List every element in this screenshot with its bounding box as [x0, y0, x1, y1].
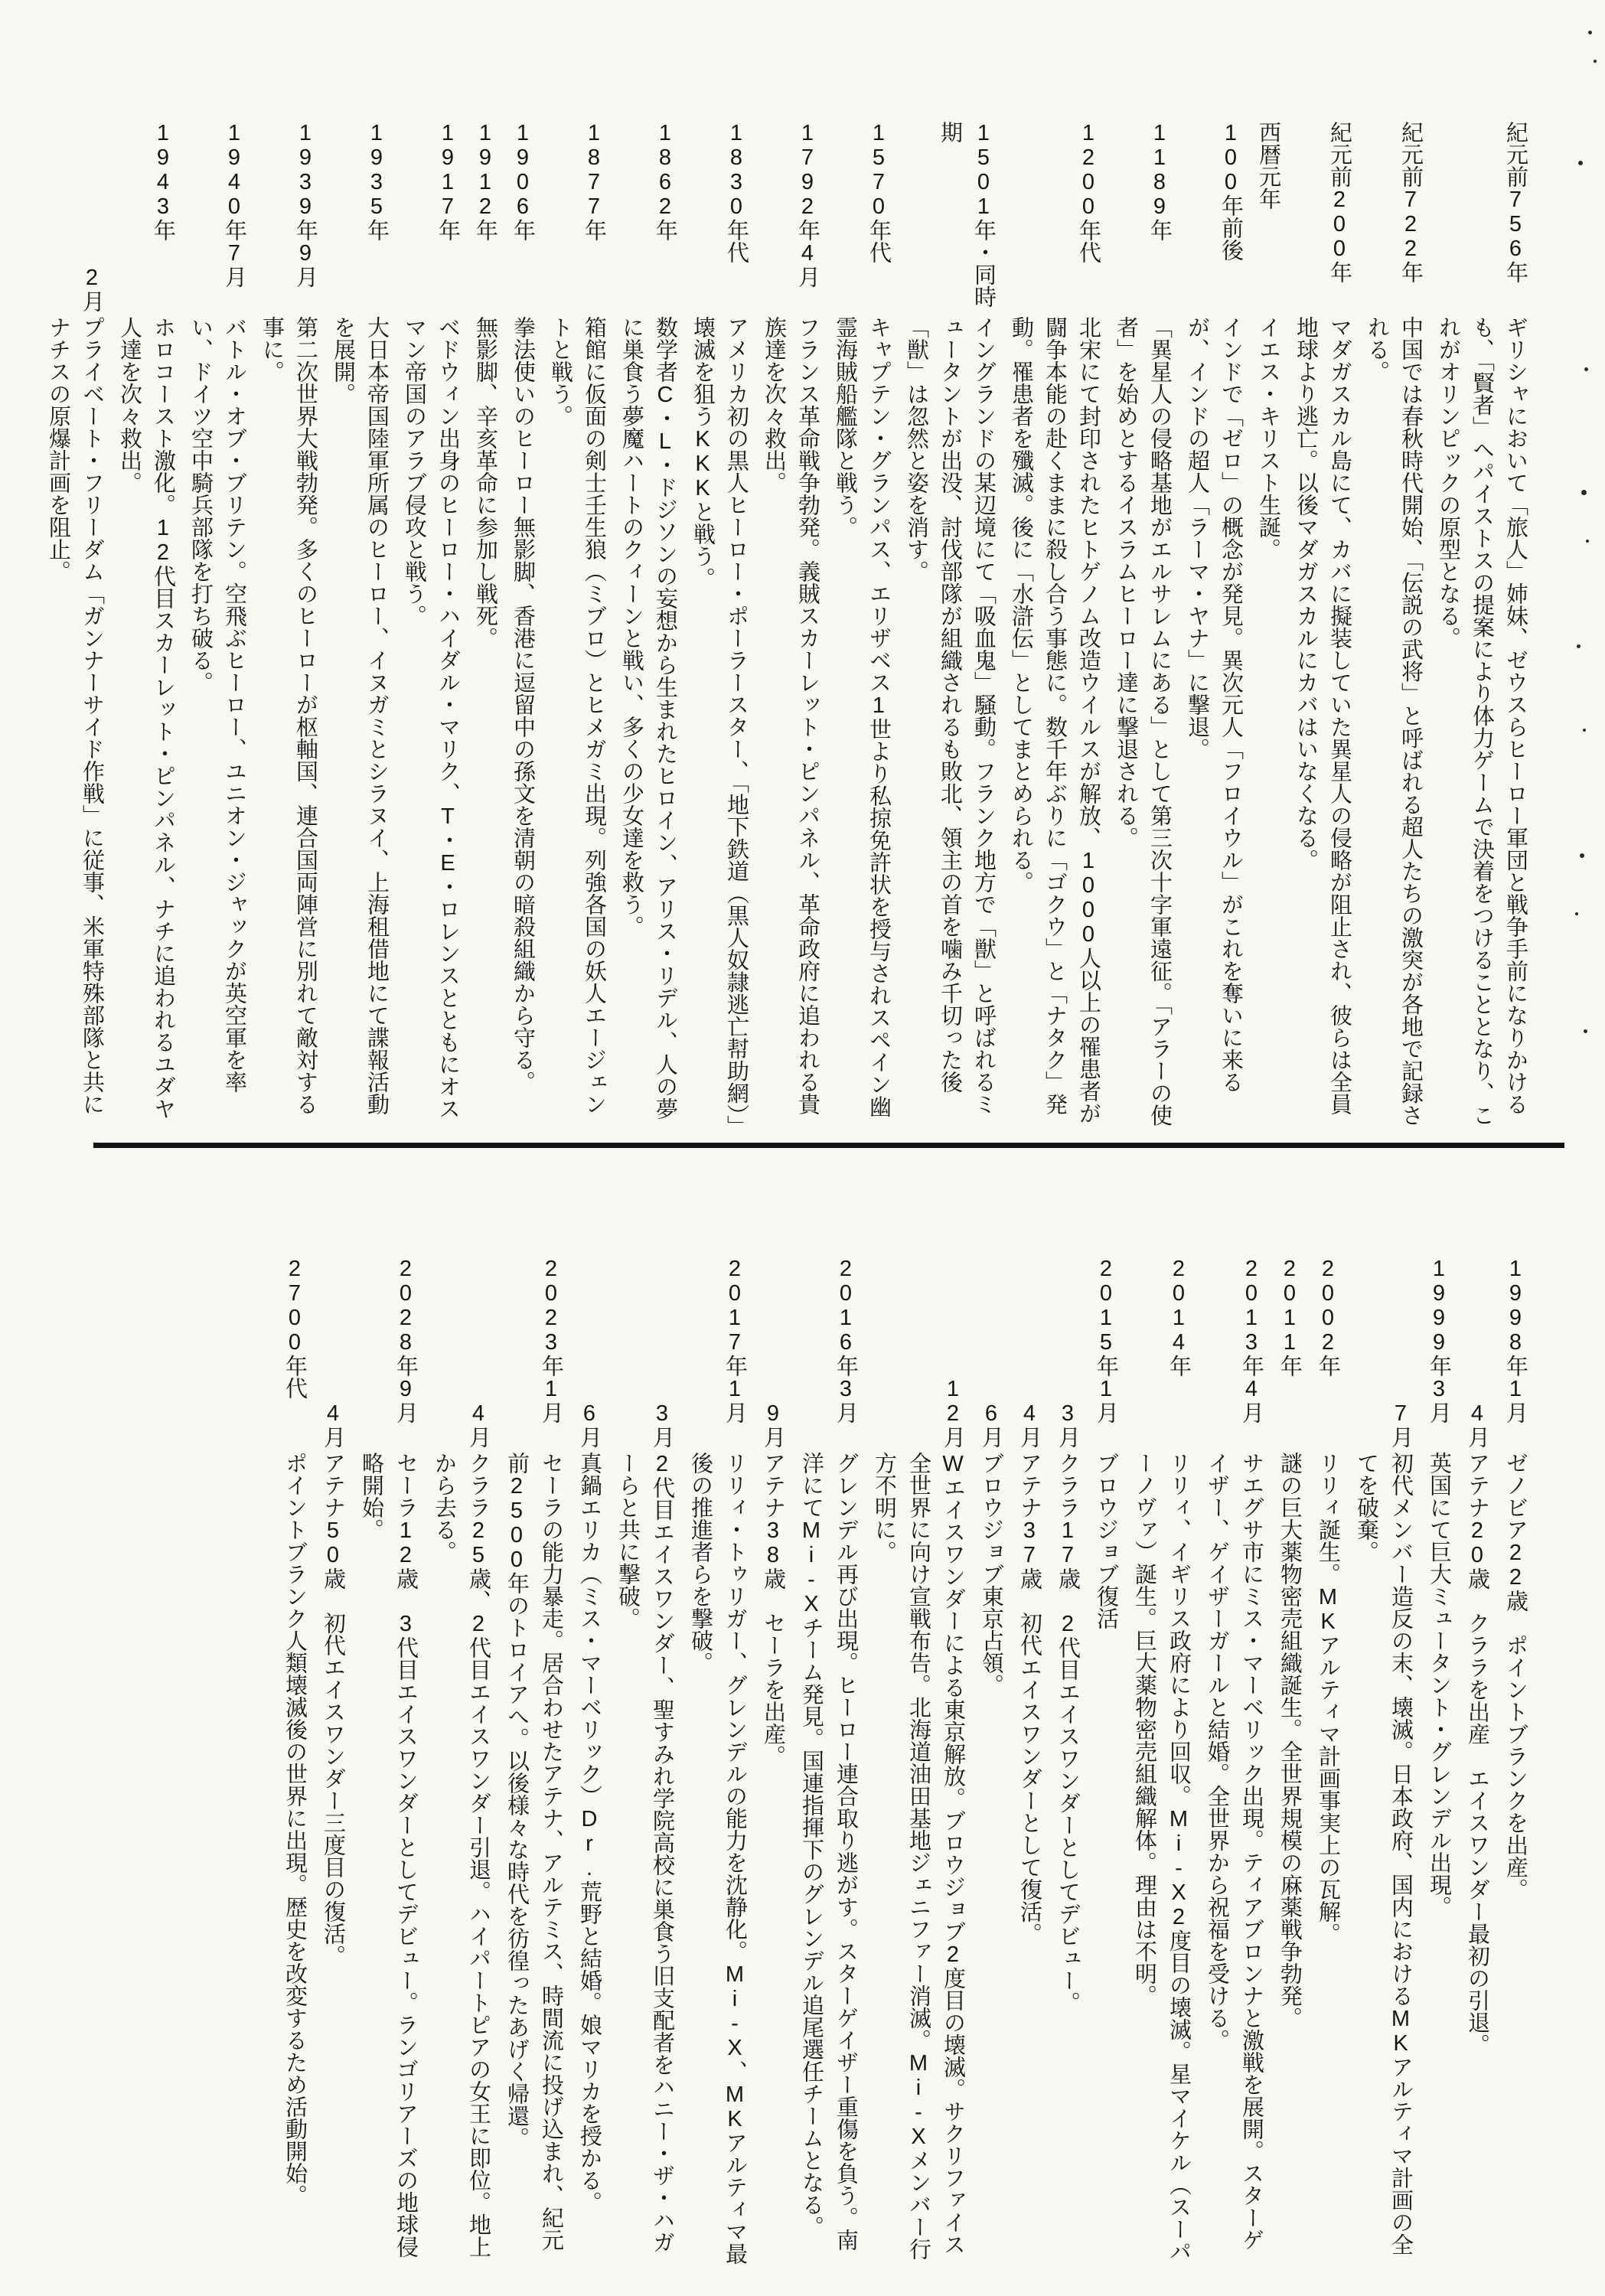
timeline-entry: 1792年4月 フランス革命戦争勃発。義賊スカーレット・ピンパネル、革命政府に追…: [757, 121, 824, 1135]
timeline-entry: 12月 Wエイスワンダーによる東京解放。ブロウジョブ2度目の壊滅。サクリファイス…: [866, 1257, 970, 2267]
entry-year-label: 1830年代: [719, 121, 753, 312]
scan-speck: [1584, 1029, 1587, 1033]
scan-speck: [1580, 853, 1584, 858]
entry-year-label: 1998年1月: [1498, 1257, 1532, 1448]
entry-year-label: 1501年・同時期: [933, 121, 1000, 312]
entry-year-label: 9月: [755, 1401, 790, 1448]
scan-speck: [1575, 912, 1578, 915]
entry-year-label: 1570年代: [862, 121, 895, 312]
entry-year-label: 1189年: [1143, 121, 1176, 312]
timeline-entry: 1935年 大日本帝国陸軍所属のヒーロー、イヌガミとシラヌイ、上海租借地にて諜報…: [326, 121, 393, 1135]
timeline-entry: 1501年・同時期 イングランドの某辺境にて「吸血鬼」騒動。フランク地方で「獣」…: [899, 121, 1000, 1135]
scan-speck: [1583, 729, 1586, 732]
timeline-entry: 4月 アテナ20歳 クララを出産 エイスワンダー最初の引退。: [1460, 1257, 1494, 2267]
entry-year-label: 4月: [1460, 1401, 1494, 1448]
section-divider-rule: [93, 1143, 1564, 1148]
scan-speck: [1594, 60, 1597, 63]
entry-year-label: 12月: [935, 1377, 970, 1448]
entry-year-label: 4月: [315, 1401, 350, 1448]
timeline-section-modern: 1998年1月 ゼノビア22歳 ポイントブランクを出産。 4月 アテナ20歳 ク…: [273, 1257, 1532, 2267]
entry-year-label: 1906年: [506, 121, 540, 312]
timeline-entry: 2028年9月 セーラ12歳 3代目エイスワンダーとしてデビュー。ランゴリアーズ…: [354, 1257, 422, 2267]
timeline-entry: 紀元前722年 中国では春秋時代開始、「伝説の武将」と呼ばれる超人たちの激突が各…: [1360, 121, 1427, 1135]
scan-speck: [1581, 490, 1587, 495]
entry-year-label: 1917年: [431, 121, 465, 312]
entry-year-label: 4月: [461, 1401, 495, 1448]
timeline-entry: 100年前後 インドで「ゼロ」の概念が発見。異次元人「フロイウル」がこれを奪いに…: [1180, 121, 1248, 1135]
entry-year-label: 2011年: [1272, 1257, 1307, 1448]
timeline-entry: 2023年1月 セーラの能力暴走。居合わせたアテナ、アルテミス、時間流に投げ込ま…: [499, 1257, 568, 2267]
timeline-entry: 1917年 ベドウィン出身のヒーロー・ハイダル・マリク、T・E・ロレンスとともに…: [397, 121, 465, 1135]
entry-year-label: 紀元前756年: [1499, 121, 1532, 312]
timeline-entry: 1200年代 北宋にて封印されたヒトゲノム改造ウイルスが解放、1000人以上の罹…: [1004, 121, 1105, 1135]
timeline-entry: 1999年3月 英国にて巨大ミュータント・グレンデル出現。: [1421, 1257, 1456, 2267]
entry-year-label: 4月: [1012, 1401, 1046, 1448]
entry-year-label: 2月: [75, 266, 109, 312]
entry-year-label: 2015年1月: [1088, 1257, 1123, 1448]
entry-year-label: 2013年4月: [1234, 1257, 1268, 1448]
timeline-entry: 1906年 拳法使いのヒーロー無影脚、香港に逗留中の孫文を清朝の暗殺組織から守る…: [506, 121, 540, 1135]
entry-year-label: 西暦元年: [1251, 121, 1285, 312]
entry-year-label: 2014年: [1161, 1257, 1196, 1448]
timeline-entry: 2002年 リリィ誕生。MKアルティマ計画事実上の瓦解。: [1310, 1257, 1345, 2267]
timeline-entry: 1912年 無影脚、辛亥革命に参加し戦死。: [468, 121, 502, 1135]
entry-year-label: 1999年3月: [1421, 1257, 1456, 1448]
entry-year-label: 2017年1月: [717, 1257, 752, 1448]
timeline-entry: 1189年 「異星人の侵略基地がエルサレムにある」として第三次十字軍遠征。「アラ…: [1109, 121, 1176, 1135]
entry-year-label: 2016年3月: [828, 1257, 863, 1448]
entry-year-label: 1877年: [577, 121, 611, 312]
timeline-entry: 紀元前200年 マダガスカル島にて、カバに擬装していた異星人の侵略が阻止され、彼…: [1289, 121, 1356, 1135]
timeline-entry: 4月 クララ25歳、2代目エイスワンダー引退。ハイパートピアの女王に即位。地上か…: [426, 1257, 495, 2267]
timeline-entry: 4月 アテナ50歳 初代エイスワンダー三度目の復活。: [315, 1257, 350, 2267]
timeline-entry: 西暦元年 イエス・キリスト生誕。: [1251, 121, 1285, 1135]
entry-year-label: 3月: [1050, 1401, 1085, 1448]
timeline-entry: 1570年代 キャプテン・グランパス、エリザベス1世より私掠免許状を授与されスペ…: [828, 121, 895, 1135]
timeline-entry: 1943年 ホロコースト激化。12代目スカーレット・ピンパネル、ナチに追われるユ…: [113, 121, 180, 1135]
scanned-page: 紀元前756年 ギリシャにおいて「旅人」姉妹、ゼウスらヒーロー軍団と戦争手前にな…: [0, 0, 1605, 2296]
entry-year-label: 1912年: [468, 121, 502, 312]
timeline-entry: 9月 アテナ38歳 セーラを出産。: [755, 1257, 790, 2267]
entry-year-label: 1939年9月: [289, 121, 322, 312]
entry-year-label: 1935年: [360, 121, 393, 312]
scan-speck: [1577, 644, 1581, 648]
entry-year-label: 2002年: [1310, 1257, 1345, 1448]
timeline-entry: 1830年代 アメリカ初の黒人ヒーロー・ポーラースター、「地下鉄道（黒人奴隷逃亡…: [686, 121, 753, 1135]
entry-year-label: 紀元前200年: [1323, 121, 1356, 312]
timeline-entry: 2016年3月 グレンデル再び出現。ヒーロー連合取り逃がす。スターゲイザー重傷を…: [794, 1257, 863, 2267]
entry-year-label: 6月: [974, 1401, 1008, 1448]
timeline-entry: 6月 真鍋エリカ（ミス・マーベリック）Dr.荒野と結婚。娘マリカを授かる。: [572, 1257, 606, 2267]
entry-year-label: 1862年: [648, 121, 682, 312]
timeline-entry: 2014年 リリィ、イギリス政府により回収。Mi-X2度目の壊滅。星マイケル（ス…: [1127, 1257, 1196, 2267]
entry-year-label: 紀元前722年: [1394, 121, 1427, 312]
timeline-entry: 2月 プライベート・フリーダム「ガンナーサイド作戦」に従事、米軍特殊部隊と共にナ…: [41, 121, 109, 1135]
entry-year-label: 7月: [1383, 1401, 1417, 1448]
timeline-entry: 7月 初代メンバー造反の末、壊滅。日本政府、国内におけるMKアルティマ計画の全て…: [1349, 1257, 1417, 2267]
entry-year-label: 1200年代: [1072, 121, 1105, 312]
entry-year-label: 100年前後: [1214, 121, 1248, 312]
scan-speck: [1586, 540, 1589, 543]
entry-year-label: 2023年1月: [533, 1257, 568, 1448]
scan-speck: [1588, 31, 1592, 34]
scan-speck: [1584, 367, 1588, 371]
timeline-entry: 1940年7月 バトル・オブ・ブリテン。空飛ぶヒーロー、ユニオン・ジャックが英空…: [184, 121, 251, 1135]
entry-year-label: 3月: [644, 1401, 679, 1448]
timeline-entry: 3月 2代目エイスワンダー、聖すみれ学院高校に巣食う旧支配者をハニー・ザ・ハガー…: [610, 1257, 679, 2267]
timeline-entry: 1862年 数学者C・L・ドジソンの妄想から生まれたヒロイン、アリス・リデル、人…: [615, 121, 682, 1135]
timeline-entry: 2013年4月 サエグサ市にミス・マーベリック出現。ティアブロンナと激戦を展開。…: [1199, 1257, 1268, 2267]
timeline-entry: 1998年1月 ゼノビア22歳 ポイントブランクを出産。: [1498, 1257, 1532, 2267]
entry-year-label: 1940年7月: [217, 121, 251, 312]
timeline-entry: 1939年9月 第二次世界大戦勃発。多くのヒーローが枢軸国、連合国両陣営に別れて…: [255, 121, 322, 1135]
timeline-entry: 4月 アテナ37歳 初代エイスワンダーとして復活。: [1012, 1257, 1046, 2267]
entry-year-label: 1792年4月: [791, 121, 824, 312]
timeline-entry: 1877年 箱館に仮面の剣士壬生狼（ミブロ）とヒメガミ出現。列強各国の妖人エージ…: [543, 121, 611, 1135]
entry-year-label: 6月: [572, 1401, 606, 1448]
timeline-entry: 2015年1月 ブロウジョブ復活: [1088, 1257, 1123, 2267]
entry-year-label: 2700年代: [277, 1257, 312, 1448]
timeline-entry: 6月 ブロウジョブ東京占領。: [974, 1257, 1008, 2267]
scan-speck: [1578, 161, 1583, 165]
timeline-entry: 2011年 謎の巨大薬物密売組織誕生。全世界規模の麻薬戦争勃発。: [1272, 1257, 1307, 2267]
timeline-section-ancient: 紀元前756年 ギリシャにおいて「旅人」姉妹、ゼウスらヒーロー軍団と戦争手前にな…: [38, 121, 1532, 1135]
timeline-entry: 3月 クララ17歳 2代目エイスワンダーとしてデビュー。: [1050, 1257, 1085, 2267]
entry-year-label: 1943年: [146, 121, 180, 312]
timeline-entry: 2700年代 ポイントブランク人類壊滅後の世界に出現。歴史を改変するため活動開始…: [277, 1257, 312, 2267]
timeline-entry: 2017年1月 リリィ・トゥリガー、グレンデルの能力を沈静化。Mi-X、MKアル…: [683, 1257, 752, 2267]
timeline-entry: 紀元前756年 ギリシャにおいて「旅人」姉妹、ゼウスらヒーロー軍団と戦争手前にな…: [1431, 121, 1532, 1135]
entry-year-label: 2028年9月: [388, 1257, 422, 1448]
